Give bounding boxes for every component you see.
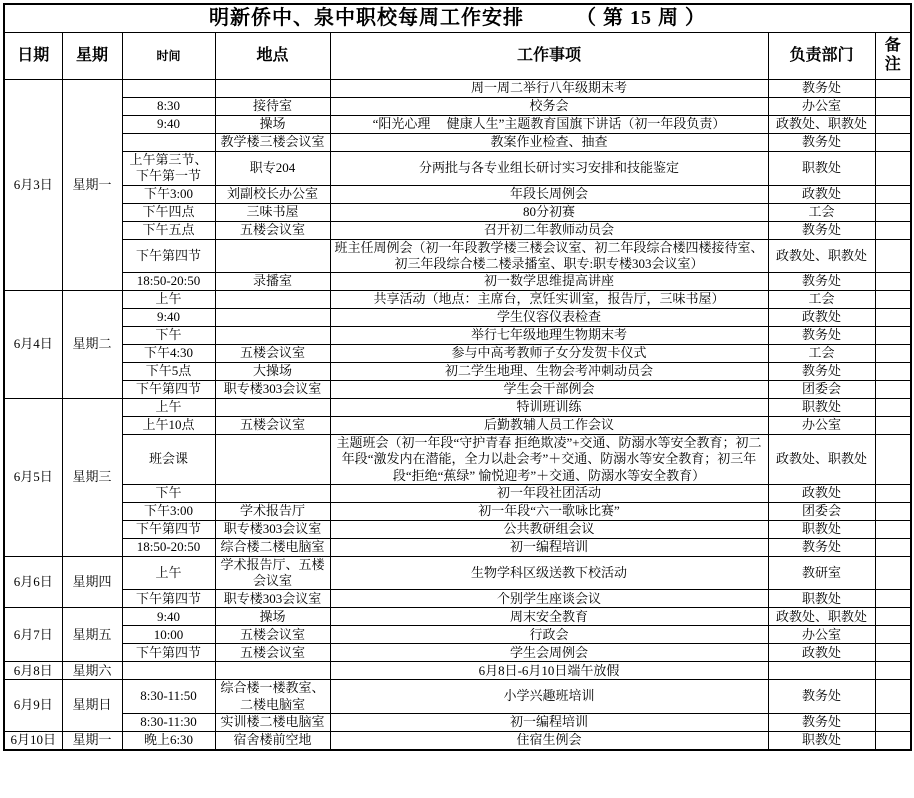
cell-note [875, 345, 911, 363]
cell-location: 学术报告厅 [215, 502, 330, 520]
cell-time: 下午 [122, 327, 215, 345]
cell-time: 下午4:30 [122, 345, 215, 363]
cell-department: 政教处、职教处 [768, 435, 875, 485]
cell-location: 教学楼三楼会议室 [215, 134, 330, 152]
cell-weekday: 星期三 [62, 399, 122, 557]
cell-location: 五楼会议室 [215, 221, 330, 239]
cell-time: 下午第四节 [122, 239, 215, 273]
cell-note [875, 309, 911, 327]
col-header-time: 时间 [122, 33, 215, 80]
cell-task: 校务会 [330, 98, 768, 116]
cell-department: 职教处 [768, 731, 875, 750]
cell-date: 6月6日 [4, 556, 62, 608]
col-header-weekday: 星期 [62, 33, 122, 80]
cell-note [875, 608, 911, 626]
cell-task: 周末安全教育 [330, 608, 768, 626]
cell-task: 初一年段社团活动 [330, 484, 768, 502]
cell-location [215, 484, 330, 502]
schedule-row: 下午4:30五楼会议室参与中高考教师子女分发贺卡仪式工会 [4, 345, 911, 363]
cell-department: 政教处、职教处 [768, 116, 875, 134]
schedule-row: 上午第三节、下午第一节职专204分两批与各专业组长研讨实习安排和技能鉴定职教处 [4, 152, 911, 186]
cell-note [875, 538, 911, 556]
schedule-row: 8:30-11:30实训楼二楼电脑室初一编程培训教务处 [4, 713, 911, 731]
cell-task: 初二学生地理、生物会考冲刺动员会 [330, 363, 768, 381]
cell-task: 分两批与各专业组长研讨实习安排和技能鉴定 [330, 152, 768, 186]
cell-department: 教务处 [768, 538, 875, 556]
cell-location [215, 399, 330, 417]
cell-date: 6月8日 [4, 662, 62, 680]
cell-task: 共享活动（地点：主席台，烹饪实训室，报告厅，三味书屋） [330, 291, 768, 309]
cell-department: 办公室 [768, 626, 875, 644]
cell-date: 6月7日 [4, 608, 62, 662]
cell-department: 办公室 [768, 417, 875, 435]
schedule-row: 8:30接待室校务会办公室 [4, 98, 911, 116]
cell-location: 三味书屋 [215, 203, 330, 221]
cell-note [875, 399, 911, 417]
cell-note [875, 435, 911, 485]
cell-note [875, 239, 911, 273]
cell-task: 学生会干部例会 [330, 381, 768, 399]
cell-department: 教务处 [768, 80, 875, 98]
schedule-row: 9:40操场“阳光心理 健康人生”主题教育国旗下讲话（初一年段负责）政教处、职教… [4, 116, 911, 134]
cell-weekday: 星期六 [62, 662, 122, 680]
schedule-row: 下午第四节职专楼303会议室公共教研组会议职教处 [4, 520, 911, 538]
cell-task: 初一编程培训 [330, 713, 768, 731]
cell-date: 6月9日 [4, 680, 62, 732]
cell-location: 五楼会议室 [215, 345, 330, 363]
title-main: 明新侨中、泉中职校每周工作安排 [209, 7, 524, 29]
cell-time: 8:30-11:30 [122, 713, 215, 731]
cell-time: 8:30 [122, 98, 215, 116]
cell-task: 初一编程培训 [330, 538, 768, 556]
cell-task: 周一周二举行八年级期末考 [330, 80, 768, 98]
cell-task: 后勤教辅人员工作会议 [330, 417, 768, 435]
schedule-row: 下午初一年段社团活动政教处 [4, 484, 911, 502]
cell-note [875, 731, 911, 750]
cell-location: 五楼会议室 [215, 626, 330, 644]
cell-time: 班会课 [122, 435, 215, 485]
weekly-schedule-table: 明新侨中、泉中职校每周工作安排（ 第 15 周 ） 日期 星期 时间 地点 工作… [3, 3, 912, 751]
cell-department: 职教处 [768, 590, 875, 608]
cell-task: 住宿生例会 [330, 731, 768, 750]
schedule-row: 18:50-20:50录播室初一数学思维提高讲座教务处 [4, 273, 911, 291]
cell-time: 下午3:00 [122, 185, 215, 203]
schedule-row: 6月6日星期四上午学术报告厅、五楼会议室生物学科区级送教下校活动教研室 [4, 556, 911, 590]
cell-note [875, 590, 911, 608]
cell-time: 9:40 [122, 608, 215, 626]
cell-time: 上午 [122, 556, 215, 590]
cell-time: 9:40 [122, 309, 215, 327]
page-title: 明新侨中、泉中职校每周工作安排（ 第 15 周 ） [4, 4, 911, 33]
cell-task: 年段长周例会 [330, 185, 768, 203]
schedule-row: 教学楼三楼会议室教案作业检查、抽查教务处 [4, 134, 911, 152]
cell-location: 宿舍楼前空地 [215, 731, 330, 750]
cell-department: 政教处、职教处 [768, 239, 875, 273]
cell-department: 政教处 [768, 309, 875, 327]
cell-location [215, 309, 330, 327]
cell-weekday: 星期日 [62, 680, 122, 732]
cell-department: 政教处 [768, 185, 875, 203]
cell-task: 个别学生座谈会议 [330, 590, 768, 608]
cell-note [875, 484, 911, 502]
title-week-number: （ 第 15 周 ） [576, 7, 706, 29]
cell-note [875, 221, 911, 239]
col-header-location: 地点 [215, 33, 330, 80]
cell-time: 上午10点 [122, 417, 215, 435]
cell-location [215, 239, 330, 273]
schedule-row: 下午五点五楼会议室召开初二年教师动员会教务处 [4, 221, 911, 239]
cell-department: 教务处 [768, 680, 875, 714]
schedule-row: 6月9日星期日8:30-11:50综合楼一楼教室、 二楼电脑室小学兴趣班培训教务… [4, 680, 911, 714]
cell-task: 特训班训练 [330, 399, 768, 417]
schedule-row: 6月10日星期一晚上6:30宿舍楼前空地住宿生例会职教处 [4, 731, 911, 750]
cell-weekday: 星期四 [62, 556, 122, 608]
cell-department: 工会 [768, 291, 875, 309]
schedule-row: 下午3:00刘副校长办公室年段长周例会政教处 [4, 185, 911, 203]
cell-note [875, 502, 911, 520]
cell-task: 生物学科区级送教下校活动 [330, 556, 768, 590]
cell-time: 下午五点 [122, 221, 215, 239]
cell-time: 下午 [122, 484, 215, 502]
cell-date: 6月5日 [4, 399, 62, 557]
cell-department: 教务处 [768, 327, 875, 345]
note-header-label: 备注 [884, 37, 901, 74]
schedule-row: 下午举行七年级地理生物期末考教务处 [4, 327, 911, 345]
cell-time: 9:40 [122, 116, 215, 134]
cell-note [875, 556, 911, 590]
cell-location: 五楼会议室 [215, 417, 330, 435]
cell-note [875, 185, 911, 203]
cell-time: 上午第三节、下午第一节 [122, 152, 215, 186]
cell-location: 职专楼303会议室 [215, 520, 330, 538]
cell-location: 大操场 [215, 363, 330, 381]
cell-location [215, 662, 330, 680]
schedule-page: 明新侨中、泉中职校每周工作安排（ 第 15 周 ） 日期 星期 时间 地点 工作… [0, 0, 914, 751]
cell-department [768, 662, 875, 680]
cell-time: 10:00 [122, 626, 215, 644]
cell-location: 职专204 [215, 152, 330, 186]
cell-task: 80分初赛 [330, 203, 768, 221]
schedule-row: 18:50-20:50综合楼二楼电脑室初一编程培训教务处 [4, 538, 911, 556]
col-header-date: 日期 [4, 33, 62, 80]
cell-time: 18:50-20:50 [122, 538, 215, 556]
cell-task: 学生会周例会 [330, 644, 768, 662]
cell-note [875, 363, 911, 381]
cell-task: 举行七年级地理生物期末考 [330, 327, 768, 345]
cell-department: 政教处 [768, 484, 875, 502]
cell-department: 教务处 [768, 273, 875, 291]
schedule-body: 6月3日星期一周一周二举行八年级期末考教务处8:30接待室校务会办公室9:40操… [4, 80, 911, 750]
cell-weekday: 星期二 [62, 291, 122, 399]
cell-location: 刘副校长办公室 [215, 185, 330, 203]
cell-location [215, 80, 330, 98]
cell-location: 实训楼二楼电脑室 [215, 713, 330, 731]
cell-department: 教研室 [768, 556, 875, 590]
cell-task: 教案作业检查、抽查 [330, 134, 768, 152]
schedule-row: 6月7日星期五9:40操场周末安全教育政教处、职教处 [4, 608, 911, 626]
cell-location [215, 435, 330, 485]
cell-location: 职专楼303会议室 [215, 590, 330, 608]
schedule-row: 10:00五楼会议室行政会办公室 [4, 626, 911, 644]
cell-note [875, 417, 911, 435]
schedule-row: 班会课主题班会（初一年段“守护青春 拒绝欺凌”+交通、防溺水等安全教育；初二年段… [4, 435, 911, 485]
cell-time: 下午第四节 [122, 644, 215, 662]
cell-location: 五楼会议室 [215, 644, 330, 662]
cell-location: 综合楼一楼教室、 二楼电脑室 [215, 680, 330, 714]
schedule-row: 6月5日星期三上午特训班训练职教处 [4, 399, 911, 417]
cell-department: 职教处 [768, 399, 875, 417]
cell-location: 综合楼二楼电脑室 [215, 538, 330, 556]
cell-time: 下午四点 [122, 203, 215, 221]
cell-time: 下午3:00 [122, 502, 215, 520]
cell-note [875, 134, 911, 152]
col-header-department: 负责部门 [768, 33, 875, 80]
cell-location: 操场 [215, 608, 330, 626]
schedule-row: 6月4日星期二上午共享活动（地点：主席台，烹饪实训室，报告厅，三味书屋）工会 [4, 291, 911, 309]
cell-time: 下午5点 [122, 363, 215, 381]
cell-location: 录播室 [215, 273, 330, 291]
cell-weekday: 星期一 [62, 731, 122, 750]
cell-department: 政教处、职教处 [768, 608, 875, 626]
cell-time: 下午第四节 [122, 381, 215, 399]
title-row: 明新侨中、泉中职校每周工作安排（ 第 15 周 ） [4, 4, 911, 33]
cell-task: 召开初二年教师动员会 [330, 221, 768, 239]
cell-note [875, 291, 911, 309]
cell-time [122, 662, 215, 680]
cell-weekday: 星期一 [62, 80, 122, 291]
cell-note [875, 381, 911, 399]
cell-note [875, 713, 911, 731]
cell-task: “阳光心理 健康人生”主题教育国旗下讲话（初一年段负责） [330, 116, 768, 134]
cell-time: 晚上6:30 [122, 731, 215, 750]
cell-date: 6月3日 [4, 80, 62, 291]
cell-note [875, 662, 911, 680]
cell-department: 教务处 [768, 363, 875, 381]
cell-note [875, 680, 911, 714]
cell-note [875, 520, 911, 538]
cell-department: 团委会 [768, 381, 875, 399]
cell-task: 行政会 [330, 626, 768, 644]
cell-task: 小学兴趣班培训 [330, 680, 768, 714]
schedule-row: 上午10点五楼会议室后勤教辅人员工作会议办公室 [4, 417, 911, 435]
cell-note [875, 273, 911, 291]
cell-note [875, 327, 911, 345]
cell-time: 下午第四节 [122, 590, 215, 608]
cell-time: 18:50-20:50 [122, 273, 215, 291]
header-row: 日期 星期 时间 地点 工作事项 负责部门 备注 [4, 33, 911, 80]
cell-time: 上午 [122, 399, 215, 417]
schedule-row: 下午第四节职专楼303会议室学生会干部例会团委会 [4, 381, 911, 399]
schedule-row: 6月3日星期一周一周二举行八年级期末考教务处 [4, 80, 911, 98]
schedule-row: 下午第四节五楼会议室学生会周例会政教处 [4, 644, 911, 662]
cell-location: 操场 [215, 116, 330, 134]
cell-date: 6月10日 [4, 731, 62, 750]
schedule-row: 下午3:00学术报告厅初一年段“六一歌咏比赛”团委会 [4, 502, 911, 520]
cell-task: 主题班会（初一年段“守护青春 拒绝欺凌”+交通、防溺水等安全教育；初二年段“激发… [330, 435, 768, 485]
col-header-task: 工作事项 [330, 33, 768, 80]
cell-location: 职专楼303会议室 [215, 381, 330, 399]
cell-department: 职教处 [768, 152, 875, 186]
cell-note [875, 626, 911, 644]
cell-time: 上午 [122, 291, 215, 309]
cell-note [875, 152, 911, 186]
cell-task: 初一数学思维提高讲座 [330, 273, 768, 291]
cell-weekday: 星期五 [62, 608, 122, 662]
cell-time [122, 80, 215, 98]
cell-note [875, 203, 911, 221]
cell-task: 参与中高考教师子女分发贺卡仪式 [330, 345, 768, 363]
cell-time [122, 134, 215, 152]
cell-date: 6月4日 [4, 291, 62, 399]
cell-department: 工会 [768, 345, 875, 363]
cell-note [875, 98, 911, 116]
cell-department: 教务处 [768, 221, 875, 239]
cell-department: 工会 [768, 203, 875, 221]
cell-department: 教务处 [768, 713, 875, 731]
cell-task: 公共教研组会议 [330, 520, 768, 538]
cell-task: 6月8日-6月10日端午放假 [330, 662, 768, 680]
cell-location [215, 327, 330, 345]
schedule-row: 下午四点三味书屋80分初赛工会 [4, 203, 911, 221]
cell-task: 学生仪容仪表检查 [330, 309, 768, 327]
schedule-row: 9:40学生仪容仪表检查政教处 [4, 309, 911, 327]
cell-time: 8:30-11:50 [122, 680, 215, 714]
cell-department: 教务处 [768, 134, 875, 152]
schedule-row: 下午第四节班主任周例会（初一年段教学楼三楼会议室、初二年段综合楼四楼接待室、初三… [4, 239, 911, 273]
schedule-row: 6月8日星期六6月8日-6月10日端午放假 [4, 662, 911, 680]
cell-note [875, 644, 911, 662]
schedule-row: 下午5点大操场初二学生地理、生物会考冲刺动员会教务处 [4, 363, 911, 381]
cell-department: 团委会 [768, 502, 875, 520]
cell-department: 职教处 [768, 520, 875, 538]
cell-task: 班主任周例会（初一年段教学楼三楼会议室、初二年段综合楼四楼接待室、初三年段综合楼… [330, 239, 768, 273]
cell-department: 政教处 [768, 644, 875, 662]
cell-time: 下午第四节 [122, 520, 215, 538]
cell-note [875, 116, 911, 134]
cell-department: 办公室 [768, 98, 875, 116]
cell-location: 学术报告厅、五楼会议室 [215, 556, 330, 590]
col-header-note: 备注 [875, 33, 911, 80]
cell-location [215, 291, 330, 309]
schedule-row: 下午第四节职专楼303会议室个别学生座谈会议职教处 [4, 590, 911, 608]
cell-location: 接待室 [215, 98, 330, 116]
cell-task: 初一年段“六一歌咏比赛” [330, 502, 768, 520]
cell-note [875, 80, 911, 98]
